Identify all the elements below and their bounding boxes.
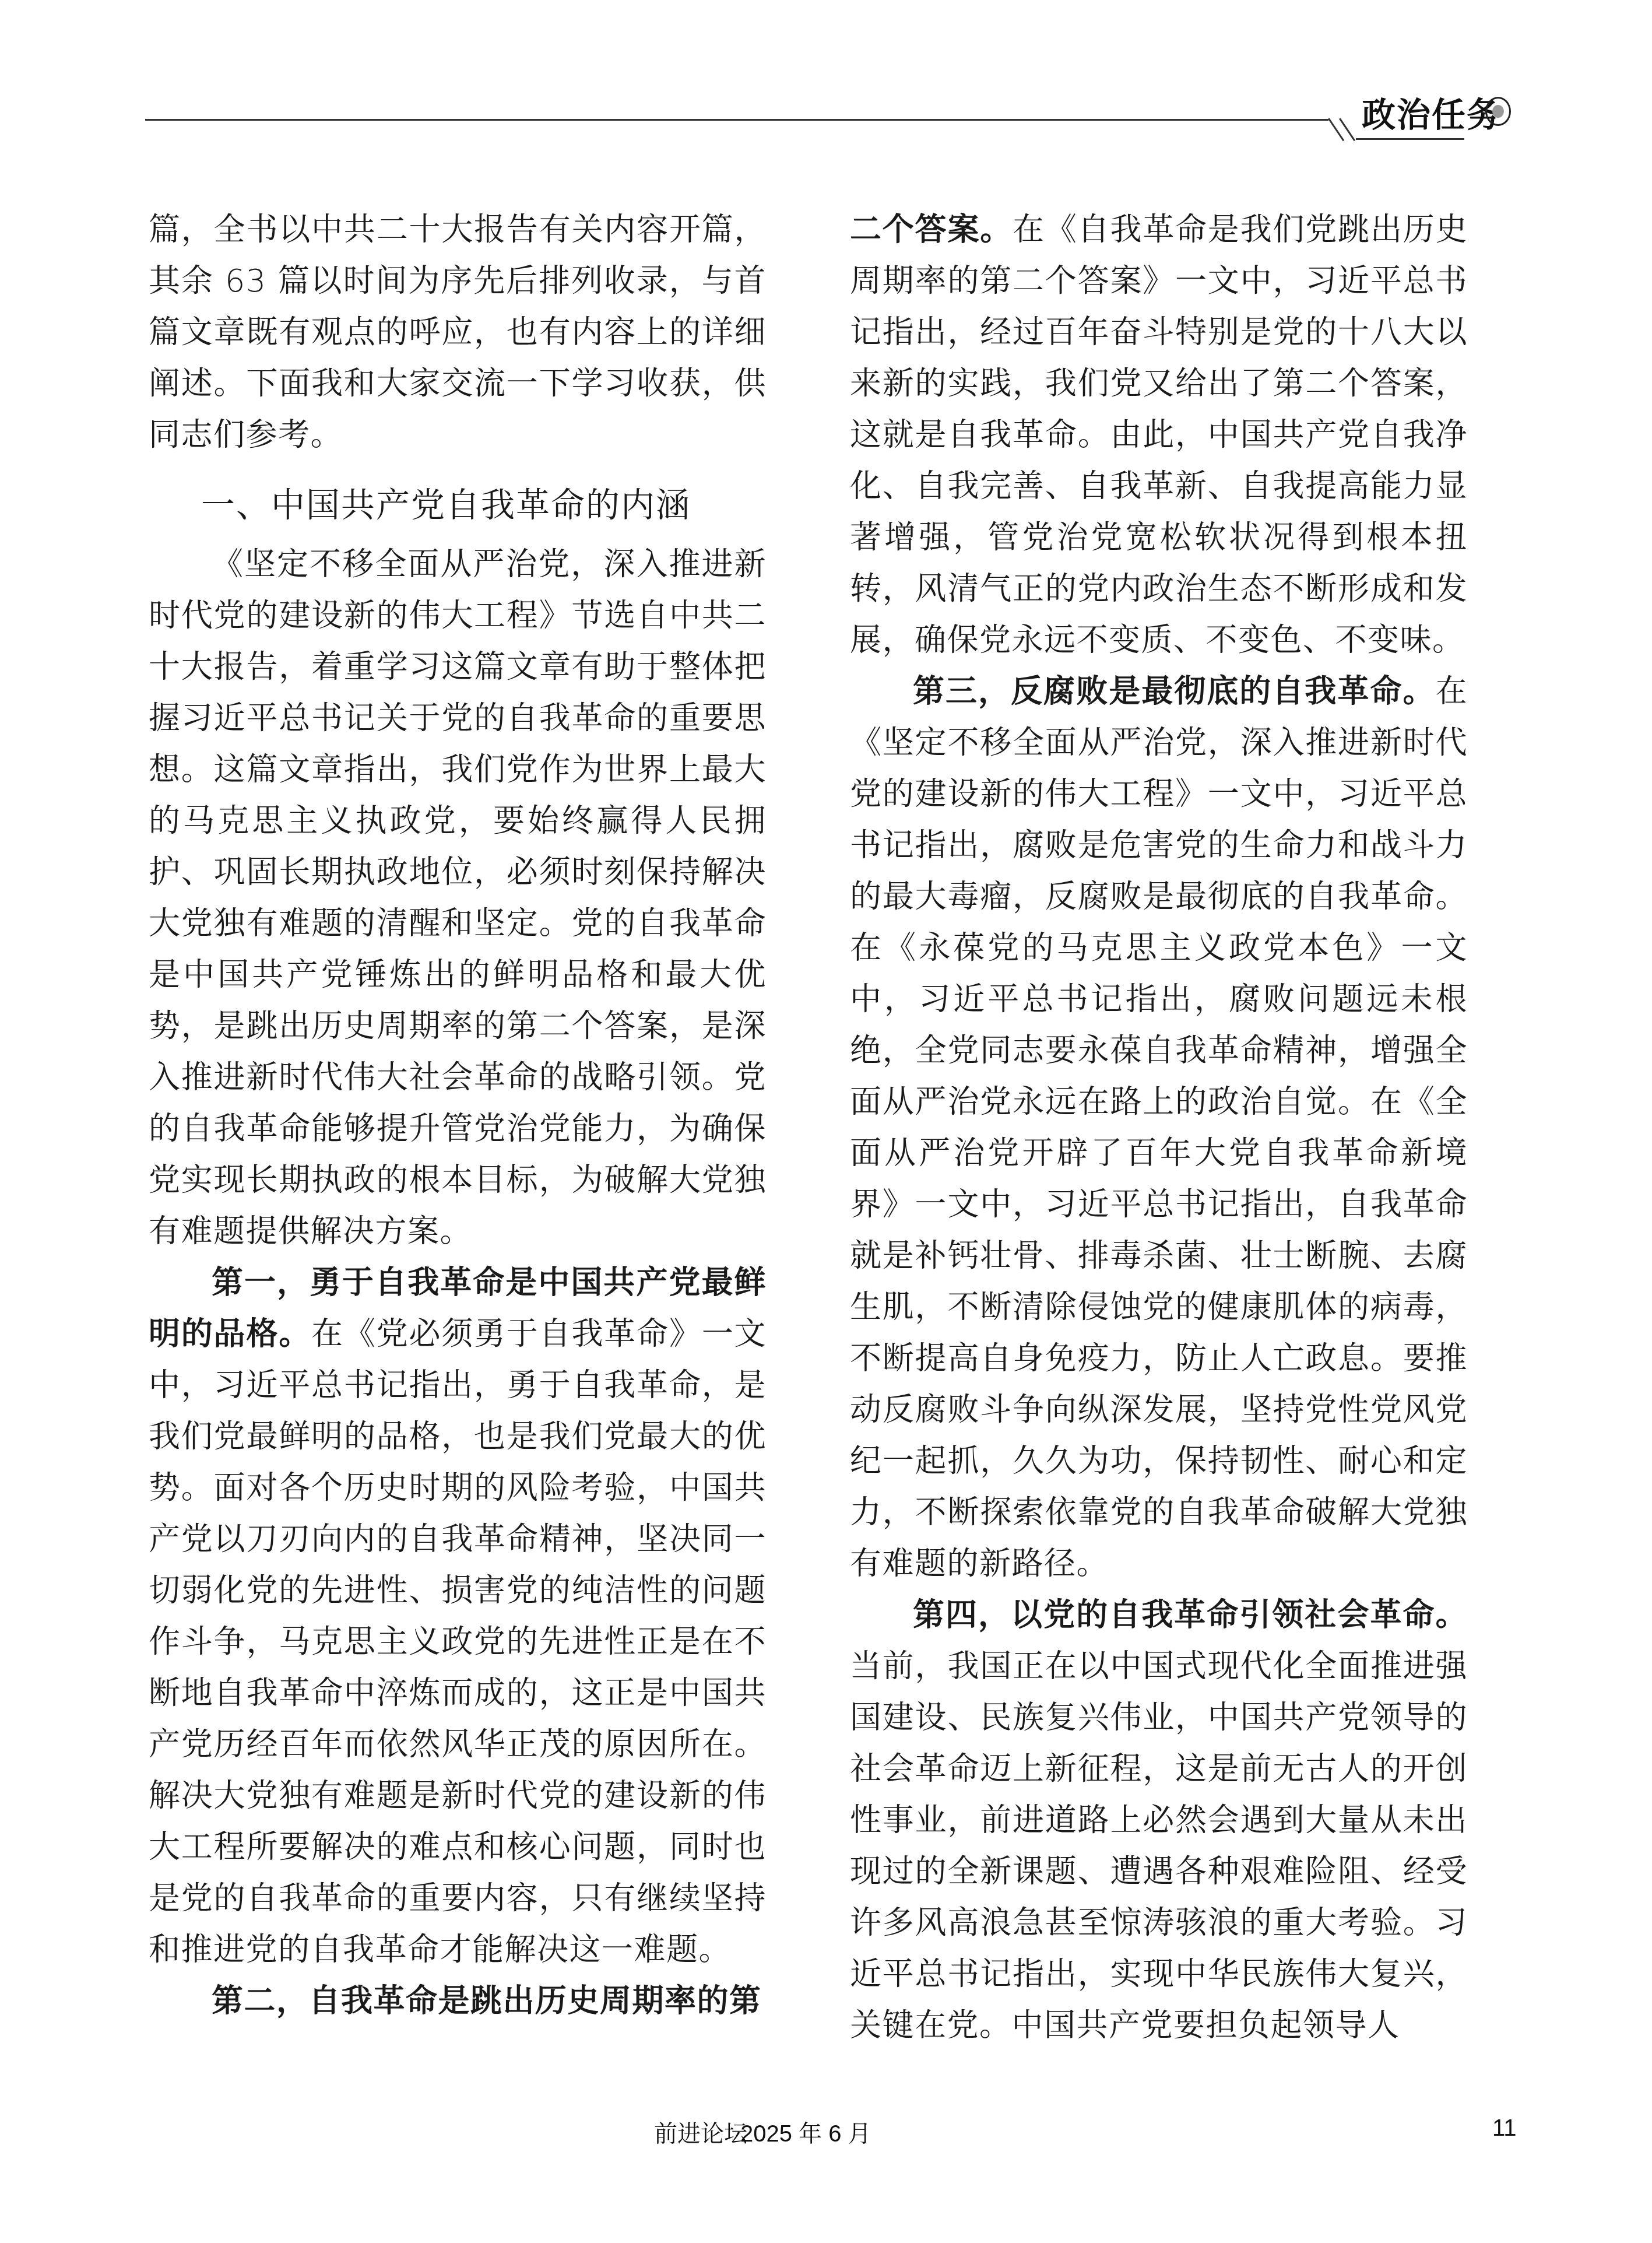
header-rule-upper [145, 119, 1328, 121]
section-label: 政治任务 [1362, 87, 1502, 136]
paragraph-point-3: 第三，反腐败是最彻底的自我革命。在《坚定不移全面从严治党，深入推进新时代党的建设… [850, 666, 1468, 1589]
point-2-text: 在《自我革命是我们党跳出历史周期率的第二个答案》一文中，习近平总书记指出，经过百… [850, 211, 1468, 658]
point-4-text: 当前，我国正在以中国式现代化全面推进强国建设、民族复兴伟业，中国共产党领导的社会… [850, 1648, 1468, 2044]
page-number: 11 [1492, 2115, 1517, 2142]
target-circle-icon-center [1492, 105, 1504, 118]
footer-journal-name: 前进论坛 [654, 2115, 747, 2149]
paragraph-intro-continuation: 篇，全书以中共二十大报告有关内容开篇，其余 63 篇以时间为序先后排列收录，与首… [149, 204, 767, 461]
paragraph-point-1: 第一，勇于自我革命是中国共产党最鲜明的品格。在《党必须勇于自我革命》一文中，习近… [149, 1257, 767, 1975]
right-column: 二个答案。在《自我革命是我们党跳出历史周期率的第二个答案》一文中，习近平总书记指… [850, 204, 1468, 2051]
left-column: 篇，全书以中共二十大报告有关内容开篇，其余 63 篇以时间为序先后排列收录，与首… [149, 204, 767, 2027]
point-3-text: 在《坚定不移全面从严治党，深入推进新时代党的建设新的伟大工程》一文中，习近平总书… [850, 673, 1468, 1582]
point-2-lead-cont: 二个答案。 [850, 211, 1013, 248]
point-2-lead: 第二，自我革命是跳出历史周期率的第 [212, 1982, 762, 2019]
paragraph-body: 《坚定不移全面从严治党，深入推进新时代党的建设新的伟大工程》节选自中共二十大报告… [149, 539, 767, 1257]
paragraph-point-2-start: 第二，自我革命是跳出历史周期率的第 [149, 1975, 767, 2027]
point-1-text: 在《党必须勇于自我革命》一文中，习近平总书记指出，勇于自我革命，是我们党最鲜明的… [149, 1315, 767, 1968]
header-rule-lower [1356, 138, 1464, 140]
target-circle-icon [1485, 97, 1511, 126]
footer-issue-date: 2025 年 6 月 [740, 2115, 871, 2149]
point-4-lead: 第四，以党的自我革命引领社会革命。 [913, 1596, 1468, 1633]
paragraph-point-4: 第四，以党的自我革命引领社会革命。当前，我国正在以中国式现代化全面推进强国建设、… [850, 1589, 1468, 2051]
point-3-lead: 第三，反腐败是最彻底的自我革命。 [913, 673, 1436, 710]
paragraph-point-2-continuation: 二个答案。在《自我革命是我们党跳出历史周期率的第二个答案》一文中，习近平总书记指… [850, 204, 1468, 666]
section-heading: 一、中国共产党自我革命的内涵 [201, 479, 767, 531]
